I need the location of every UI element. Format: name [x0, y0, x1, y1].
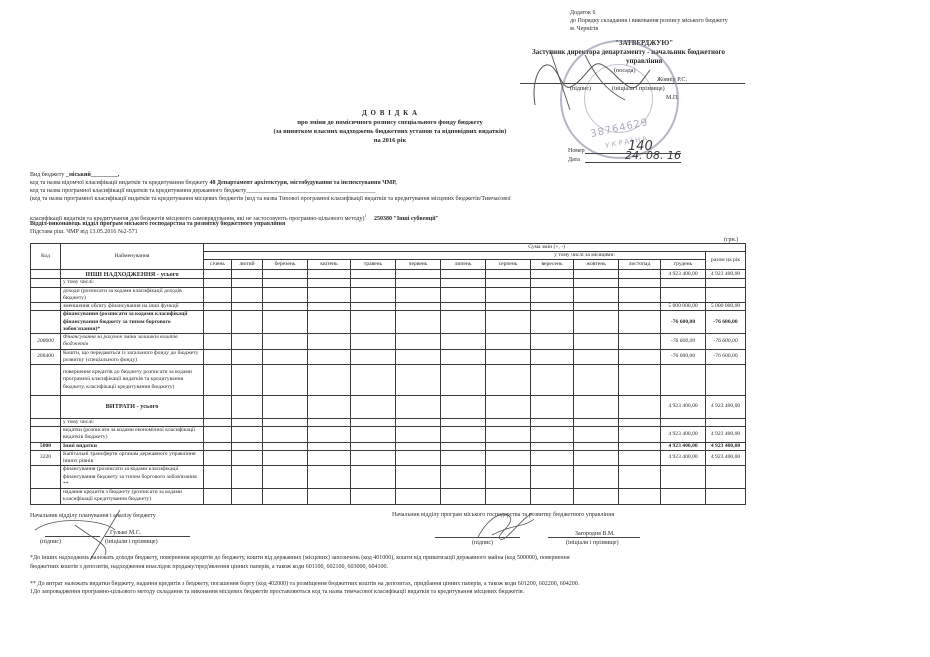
month-cell	[204, 311, 232, 334]
month-cell	[204, 334, 232, 349]
december-value: 4 923 400,00	[661, 427, 706, 442]
row-name: Капітальні трансферти органам державного…	[61, 450, 204, 465]
month-cell	[486, 303, 531, 311]
month-cell	[574, 311, 619, 334]
december-value	[661, 489, 706, 504]
header-code: Код	[31, 244, 61, 270]
month-cell	[232, 442, 263, 450]
month-cell	[486, 349, 531, 364]
year-total-value	[706, 287, 746, 302]
month-cell	[396, 270, 441, 279]
month-cell	[531, 466, 574, 489]
month-cell	[308, 270, 351, 279]
month-cell	[308, 365, 351, 396]
footnote-2: ** До витрат належать видатки бюджету, н…	[30, 580, 579, 588]
month-cell	[204, 466, 232, 489]
month-cell	[204, 489, 232, 504]
month-cell	[232, 466, 263, 489]
month-cell	[263, 279, 308, 287]
month-cell	[396, 419, 441, 427]
table-row: фінансування (розписати за кодами класиф…	[31, 466, 746, 489]
row-code	[31, 270, 61, 279]
month-cell	[263, 287, 308, 302]
month-cell	[232, 311, 263, 334]
december-value: 5 000 000,00	[661, 303, 706, 311]
month-cell	[351, 287, 396, 302]
month-cell	[574, 334, 619, 349]
basis-decision: Підстава ріш. ЧМР від 13.05.2016 №2-571	[30, 228, 138, 236]
month-cell	[351, 303, 396, 311]
month-cell	[531, 287, 574, 302]
year-total-value	[706, 279, 746, 287]
month-cell	[486, 270, 531, 279]
month-cell	[204, 419, 232, 427]
month-cell	[574, 349, 619, 364]
right-handwritten-signature-icon	[470, 505, 540, 543]
month-cell	[232, 419, 263, 427]
month-cell	[204, 442, 232, 450]
month-cell	[619, 287, 661, 302]
header-month: січень	[204, 260, 232, 270]
month-cell	[308, 279, 351, 287]
december-value: -76 600,00	[661, 311, 706, 334]
footnote-1-line-1: *До інших надходжень належать доходи бюд…	[30, 554, 570, 562]
month-cell	[396, 349, 441, 364]
month-cell	[263, 442, 308, 450]
month-cell	[619, 311, 661, 334]
month-cell	[204, 365, 232, 396]
month-cell	[308, 287, 351, 302]
month-cell	[574, 365, 619, 396]
month-cell	[619, 365, 661, 396]
month-cell	[486, 396, 531, 419]
december-value: 4 923 400,00	[661, 396, 706, 419]
month-cell	[619, 419, 661, 427]
title-line-1: про зміни до помісячного розпису спеціал…	[200, 119, 580, 128]
state-program-classification: код та назва програмної класифікації вид…	[30, 187, 375, 195]
row-name: у тому числі:	[61, 279, 204, 287]
row-name: ВИТРАТИ - усього	[61, 396, 204, 419]
year-total-value: 4 923 400,00	[706, 270, 746, 279]
december-value	[661, 365, 706, 396]
table-row: надання кредитів з бюджету (розписати за…	[31, 489, 746, 504]
month-cell	[396, 311, 441, 334]
row-code	[31, 365, 61, 396]
date-value: 24. 08. 16	[625, 149, 681, 162]
row-name: надання кредитів з бюджету (розписати за…	[61, 489, 204, 504]
row-code	[31, 419, 61, 427]
month-cell	[441, 311, 486, 334]
title-line-3: на 2016 рік	[200, 137, 580, 146]
budget-type-label: Вид бюджету	[30, 172, 66, 178]
year-total-value: -76 600,00	[706, 349, 746, 364]
month-cell	[396, 442, 441, 450]
appendix-line-2: до Порядку складання і виконання розпису…	[570, 17, 728, 25]
title-line-2: (за винятком власних надходжень бюджетни…	[200, 128, 580, 137]
row-name: доходи (розписати за кодами класифікації…	[61, 287, 204, 302]
month-cell	[619, 270, 661, 279]
month-cell	[441, 287, 486, 302]
month-cell	[574, 396, 619, 419]
header-month: серпень	[486, 260, 531, 270]
row-code	[31, 303, 61, 311]
title-heading: Д О В І Д К А	[200, 109, 580, 118]
header-month: листопад	[619, 260, 661, 270]
month-cell	[396, 287, 441, 302]
month-cell	[232, 427, 263, 442]
month-cell	[619, 303, 661, 311]
year-total-value: 4 923 400,00	[706, 427, 746, 442]
budget-type-value: _міський_________,	[66, 172, 119, 178]
month-cell	[441, 427, 486, 442]
december-value: 4 923 400,00	[661, 442, 706, 450]
row-name: у тому числі:	[61, 419, 204, 427]
december-value: -76 600,00	[661, 334, 706, 349]
table-row: доходи (розписати за кодами класифікації…	[31, 287, 746, 302]
month-cell	[263, 349, 308, 364]
month-cell	[232, 334, 263, 349]
month-cell	[232, 287, 263, 302]
month-cell	[531, 270, 574, 279]
year-total-value	[706, 466, 746, 489]
month-cell	[619, 349, 661, 364]
department-classification: код та назва відомчої класифікації видат…	[30, 179, 397, 187]
year-total-value: -76 600,00	[706, 334, 746, 349]
month-cell	[574, 287, 619, 302]
table-row: фінансування (розписати за кодами класиф…	[31, 311, 746, 334]
month-cell	[232, 489, 263, 504]
month-cell	[308, 396, 351, 419]
right-name-line	[548, 537, 640, 538]
month-cell	[351, 450, 396, 465]
year-total-value: 4 923 400,00	[706, 396, 746, 419]
month-cell	[263, 450, 308, 465]
header-month: вересень	[531, 260, 574, 270]
month-cell	[232, 349, 263, 364]
month-cell	[351, 365, 396, 396]
month-cell	[396, 334, 441, 349]
year-total-value: 5 000 000,00	[706, 303, 746, 311]
month-cell	[263, 365, 308, 396]
month-cell	[263, 396, 308, 419]
month-cell	[574, 279, 619, 287]
december-value	[661, 466, 706, 489]
month-cell	[531, 349, 574, 364]
header-name: Найменування	[61, 244, 204, 270]
header-month: квітень	[308, 260, 351, 270]
row-code: 3220	[31, 450, 61, 465]
table-row: 3220Капітальні трансферти органам держав…	[31, 450, 746, 465]
month-cell	[204, 279, 232, 287]
month-cell	[441, 489, 486, 504]
month-cell	[263, 427, 308, 442]
december-value	[661, 287, 706, 302]
month-cell	[308, 489, 351, 504]
footnote-mark: 1	[365, 213, 367, 218]
month-cell	[351, 270, 396, 279]
month-cell	[441, 349, 486, 364]
month-cell	[263, 270, 308, 279]
footnote-1-line-2: бюджетних коштів з депозитів, надходженн…	[30, 563, 388, 571]
header-month: грудень	[661, 260, 706, 270]
row-name: зменшення обсягу фінансування на інші фу…	[61, 303, 204, 311]
month-cell	[486, 466, 531, 489]
month-cell	[531, 489, 574, 504]
month-cell	[308, 419, 351, 427]
row-code: 208400	[31, 349, 61, 364]
month-cell	[619, 279, 661, 287]
year-total-value: -76 600,00	[706, 311, 746, 334]
month-cell	[574, 419, 619, 427]
month-cell	[396, 279, 441, 287]
year-total-value: 4 923 400,00	[706, 442, 746, 450]
month-cell	[204, 303, 232, 311]
month-cell	[351, 427, 396, 442]
month-cell	[486, 279, 531, 287]
month-cell	[308, 311, 351, 334]
year-total-value	[706, 419, 746, 427]
month-cell	[308, 303, 351, 311]
month-cell	[574, 270, 619, 279]
year-total-value	[706, 489, 746, 504]
row-code	[31, 427, 61, 442]
month-cell	[204, 287, 232, 302]
month-cell	[263, 419, 308, 427]
table-row: зменшення обсягу фінансування на інші фу…	[31, 303, 746, 311]
month-cell	[351, 279, 396, 287]
month-cell	[308, 427, 351, 442]
month-cell	[619, 442, 661, 450]
month-cell	[486, 334, 531, 349]
month-cell	[486, 442, 531, 450]
row-name: повернення кредитів до бюджету розписати…	[61, 365, 204, 396]
header-month: жовтень	[574, 260, 619, 270]
month-cell	[574, 466, 619, 489]
month-cell	[531, 450, 574, 465]
program-code-value: 250380 "Інші субвенції"	[374, 216, 439, 222]
month-cell	[308, 334, 351, 349]
row-code	[31, 466, 61, 489]
month-cell	[351, 489, 396, 504]
year-total-value	[706, 365, 746, 396]
month-cell	[351, 442, 396, 450]
month-cell	[486, 311, 531, 334]
row-code: 208000	[31, 334, 61, 349]
budget-changes-table: Код Найменування Сума змін (+, -) у тому…	[30, 243, 746, 505]
month-cell	[619, 466, 661, 489]
header-sum: Сума змін (+, -)	[204, 244, 746, 252]
month-cell	[396, 303, 441, 311]
row-code	[31, 489, 61, 504]
month-cell	[441, 303, 486, 311]
header-month: травень	[351, 260, 396, 270]
local-program-classification-1: (код та назва програмної класифікації ви…	[30, 195, 511, 203]
month-cell	[574, 427, 619, 442]
month-cell	[619, 427, 661, 442]
month-cell	[351, 419, 396, 427]
month-cell	[531, 279, 574, 287]
right-name-caption: (ініціали і прізвище)	[566, 539, 619, 547]
month-cell	[574, 450, 619, 465]
month-cell	[531, 311, 574, 334]
header-month: липень	[441, 260, 486, 270]
table-row: у тому числі:	[31, 279, 746, 287]
table-row: ВИТРАТИ - усього4 923 400,004 923 400,00	[31, 396, 746, 419]
month-cell	[204, 396, 232, 419]
month-cell	[486, 427, 531, 442]
month-cell	[351, 311, 396, 334]
month-cell	[308, 442, 351, 450]
month-cell	[441, 334, 486, 349]
month-cell	[351, 396, 396, 419]
december-value	[661, 279, 706, 287]
month-cell	[531, 419, 574, 427]
month-cell	[396, 466, 441, 489]
date-line	[585, 162, 681, 163]
month-cell	[204, 349, 232, 364]
month-cell	[232, 450, 263, 465]
month-cell	[441, 365, 486, 396]
row-code	[31, 396, 61, 419]
table-row: видатки (розписати за кодами економічної…	[31, 427, 746, 442]
row-name: Фінансування за рахунок зміни залишків к…	[61, 334, 204, 349]
month-cell	[441, 450, 486, 465]
month-cell	[441, 270, 486, 279]
month-cell	[441, 279, 486, 287]
month-cell	[486, 287, 531, 302]
month-cell	[396, 365, 441, 396]
month-cell	[232, 365, 263, 396]
month-cell	[232, 279, 263, 287]
month-cell	[263, 489, 308, 504]
month-cell	[486, 450, 531, 465]
month-cell	[574, 489, 619, 504]
table-row: 208400Кошти, що передаються із загальног…	[31, 349, 746, 364]
number-label: Номер	[568, 147, 585, 155]
month-cell	[232, 396, 263, 419]
month-cell	[486, 365, 531, 396]
row-name: фінансування (розписати за кодами класиф…	[61, 311, 204, 334]
month-cell	[232, 270, 263, 279]
month-cell	[351, 334, 396, 349]
month-cell	[441, 419, 486, 427]
month-cell	[531, 396, 574, 419]
month-cell	[531, 442, 574, 450]
month-cell	[441, 442, 486, 450]
month-cell	[308, 466, 351, 489]
december-value: 4 923 400,00	[661, 450, 706, 465]
month-cell	[531, 303, 574, 311]
month-cell	[204, 270, 232, 279]
header-month: червень	[396, 260, 441, 270]
appendix-line-1: Додаток 6	[570, 9, 595, 17]
footnote-3: 1До запровадження програмно-цільового ме…	[30, 588, 524, 596]
row-name: Кошти, що передаються із загального фонд…	[61, 349, 204, 364]
approver-signature-icon	[525, 35, 665, 115]
month-cell	[263, 466, 308, 489]
month-cell	[619, 334, 661, 349]
header-by-month: у тому числі за місяцями:	[204, 252, 706, 260]
year-total-value: 4 923 400,00	[706, 450, 746, 465]
month-cell	[619, 396, 661, 419]
month-cell	[574, 442, 619, 450]
header-month: лютий	[232, 260, 263, 270]
row-name: фінансування (розписати за кодами класиф…	[61, 466, 204, 489]
table-row: 5000Інші видатки4 923 400,004 923 400,00	[31, 442, 746, 450]
table-row: ІНШІ НАДХОДЖЕННЯ - усього4 923 400,004 9…	[31, 270, 746, 279]
date-label: Дата	[568, 156, 580, 164]
row-code	[31, 311, 61, 334]
budget-type: Вид бюджету _міський_________,	[30, 171, 119, 179]
month-cell	[396, 450, 441, 465]
month-cell	[308, 349, 351, 364]
month-cell	[396, 396, 441, 419]
row-code	[31, 287, 61, 302]
department-value: 48 Департамент архітектури, містобудуван…	[209, 180, 396, 186]
month-cell	[351, 349, 396, 364]
row-code	[31, 279, 61, 287]
row-name: ІНШІ НАДХОДЖЕННЯ - усього	[61, 270, 204, 279]
month-cell	[531, 365, 574, 396]
month-cell	[351, 466, 396, 489]
month-cell	[232, 303, 263, 311]
month-cell	[619, 489, 661, 504]
department-label: код та назва відомчої класифікації видат…	[30, 180, 209, 186]
month-cell	[308, 450, 351, 465]
month-cell	[441, 396, 486, 419]
month-cell	[531, 334, 574, 349]
month-cell	[204, 427, 232, 442]
month-cell	[263, 334, 308, 349]
december-value: -76 600,00	[661, 349, 706, 364]
appendix-line-3: м. Чернігів	[570, 25, 598, 33]
month-cell	[396, 427, 441, 442]
header-month: березень	[263, 260, 308, 270]
row-name: видатки (розписати за кодами економічної…	[61, 427, 204, 442]
month-cell	[263, 303, 308, 311]
month-cell	[486, 489, 531, 504]
table-row: 208000Фінансування за рахунок зміни зали…	[31, 334, 746, 349]
executor-department: Відділ-виконавець відділ програм міськог…	[30, 220, 285, 228]
row-name: Інші видатки	[61, 442, 204, 450]
header-year-total: разом на рік	[706, 252, 746, 270]
month-cell	[531, 427, 574, 442]
december-value: 4 923 400,00	[661, 270, 706, 279]
month-cell	[396, 489, 441, 504]
month-cell	[204, 450, 232, 465]
month-cell	[441, 466, 486, 489]
december-value	[661, 419, 706, 427]
table-row: повернення кредитів до бюджету розписати…	[31, 365, 746, 396]
month-cell	[619, 450, 661, 465]
row-code: 5000	[31, 442, 61, 450]
table-row: у тому числі:	[31, 419, 746, 427]
month-cell	[574, 303, 619, 311]
month-cell	[486, 419, 531, 427]
month-cell	[263, 311, 308, 334]
